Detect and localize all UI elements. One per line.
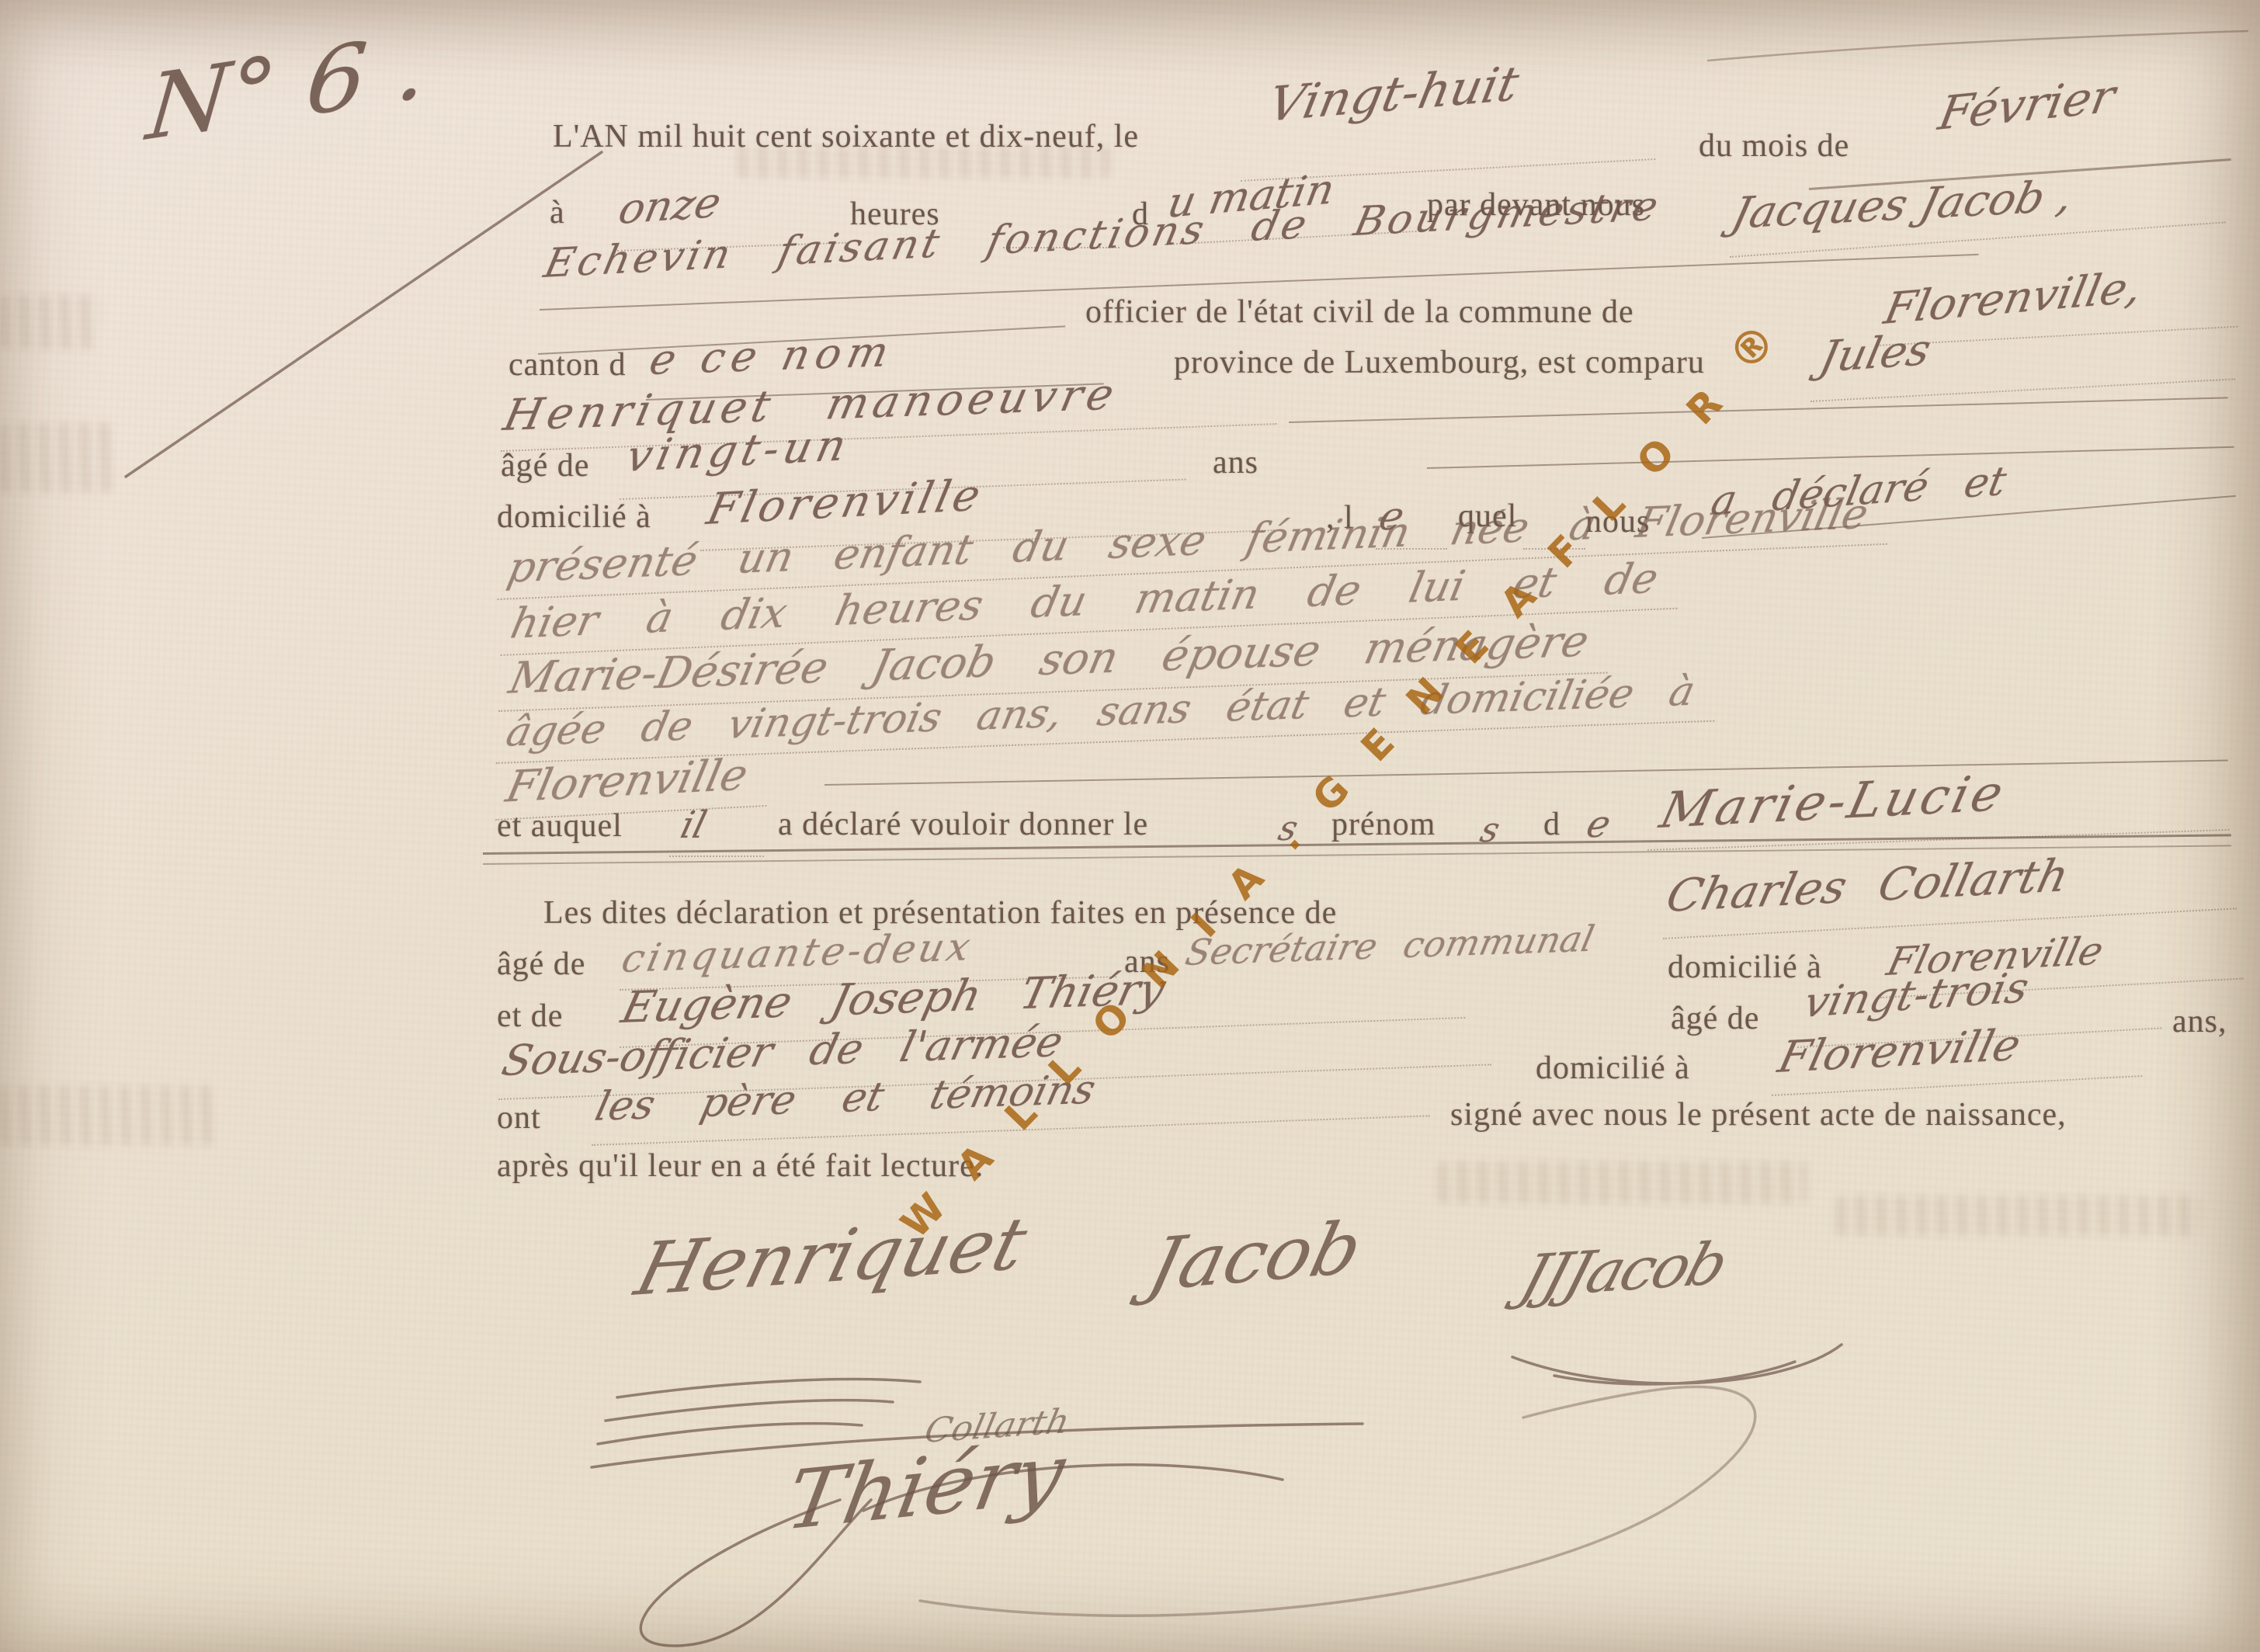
blank-rule bbox=[825, 759, 2228, 786]
line19-printed-signe: signé avec nous le présent acte de naiss… bbox=[1450, 1096, 2067, 1133]
birth-certificate-scan: N° 6 . L'AN mil huit cent soixante et di… bbox=[0, 0, 2260, 1652]
signature-thiery: Thiéry bbox=[779, 1425, 1072, 1549]
line5-printed-canton: canton d bbox=[509, 346, 626, 383]
line16-printed-domicile: domicilié à bbox=[1668, 949, 1822, 986]
line17-printed-ans: ans, bbox=[2172, 1003, 2227, 1040]
signature-henriquet: Henriquet bbox=[627, 1202, 1035, 1313]
line8-commune-handwritten: Florenville bbox=[703, 470, 988, 535]
bleedthrough-smudge bbox=[1836, 1196, 2201, 1236]
bleedthrough-smudge bbox=[0, 295, 101, 349]
line4-commune-handwritten: Florenville, bbox=[1880, 262, 2147, 335]
line16-printed-age: âgé de bbox=[497, 946, 585, 983]
blank-rule bbox=[1289, 397, 2228, 423]
blank-rule bbox=[1427, 446, 2234, 469]
bleedthrough-smudge bbox=[0, 1085, 214, 1146]
signature-jjjacob: JJJacob bbox=[1513, 1228, 1734, 1310]
line4-printed: officier de l'état civil de la commune d… bbox=[1085, 293, 1634, 331]
line1-day-handwritten: Vingt-huit bbox=[1264, 55, 1524, 133]
line2-printed-a: à bbox=[550, 194, 565, 231]
line14-e-handwritten: e bbox=[1582, 803, 1615, 846]
line15-witness1-handwritten: Charles Collarth bbox=[1661, 849, 2074, 922]
line18-commune-handwritten: Florenville bbox=[1773, 1020, 2025, 1083]
line5-firstname-handwritten: Jules bbox=[1815, 324, 1935, 382]
line19-printed-ont: ont bbox=[497, 1099, 541, 1137]
line14-printed-etauquel: et auquel bbox=[497, 807, 623, 845]
bleedthrough-smudge bbox=[738, 146, 1110, 179]
line18-printed-domicile: domicilié à bbox=[1536, 1050, 1690, 1087]
act-number: N° 6 . bbox=[143, 12, 432, 161]
line14-printed-prenom: prénom bbox=[1331, 806, 1435, 843]
line5-canton-handwritten: e ce nom bbox=[645, 327, 899, 384]
line17-printed-etde: et de bbox=[497, 998, 563, 1035]
line14-childname-handwritten: Marie-Lucie bbox=[1654, 765, 2011, 840]
line5-printed-province: province de Luxembourg, est comparu bbox=[1174, 344, 1705, 381]
line1-printed-mid: du mois de bbox=[1699, 127, 1849, 165]
line2-hour-handwritten: onze bbox=[615, 178, 725, 234]
bleedthrough-smudge bbox=[0, 423, 113, 493]
line7-printed-age: âgé de bbox=[501, 447, 589, 484]
line14-printed-d: d bbox=[1543, 806, 1560, 843]
line14-printed-declare: a déclaré vouloir donner le bbox=[778, 806, 1148, 843]
line17-age-handwritten: vingt-trois bbox=[1800, 963, 2033, 1027]
line17-printed-age: âgé de bbox=[1671, 1000, 1759, 1037]
registered-trademark-icon: ® bbox=[1717, 313, 1786, 382]
signature-jacob: Jacob bbox=[1140, 1206, 1370, 1308]
line2-officer-name-handwritten: Jacques Jacob , bbox=[1727, 171, 2078, 238]
top-right-stroke bbox=[1708, 31, 2248, 61]
line8-printed-domicile: domicilié à bbox=[497, 498, 651, 536]
line1-month-handwritten: Février bbox=[1935, 69, 2119, 141]
line7-printed-ans: ans bbox=[1213, 444, 1258, 481]
jacob-signature-flourish bbox=[1512, 1345, 1842, 1384]
bleedthrough-smudge bbox=[1438, 1161, 1807, 1204]
